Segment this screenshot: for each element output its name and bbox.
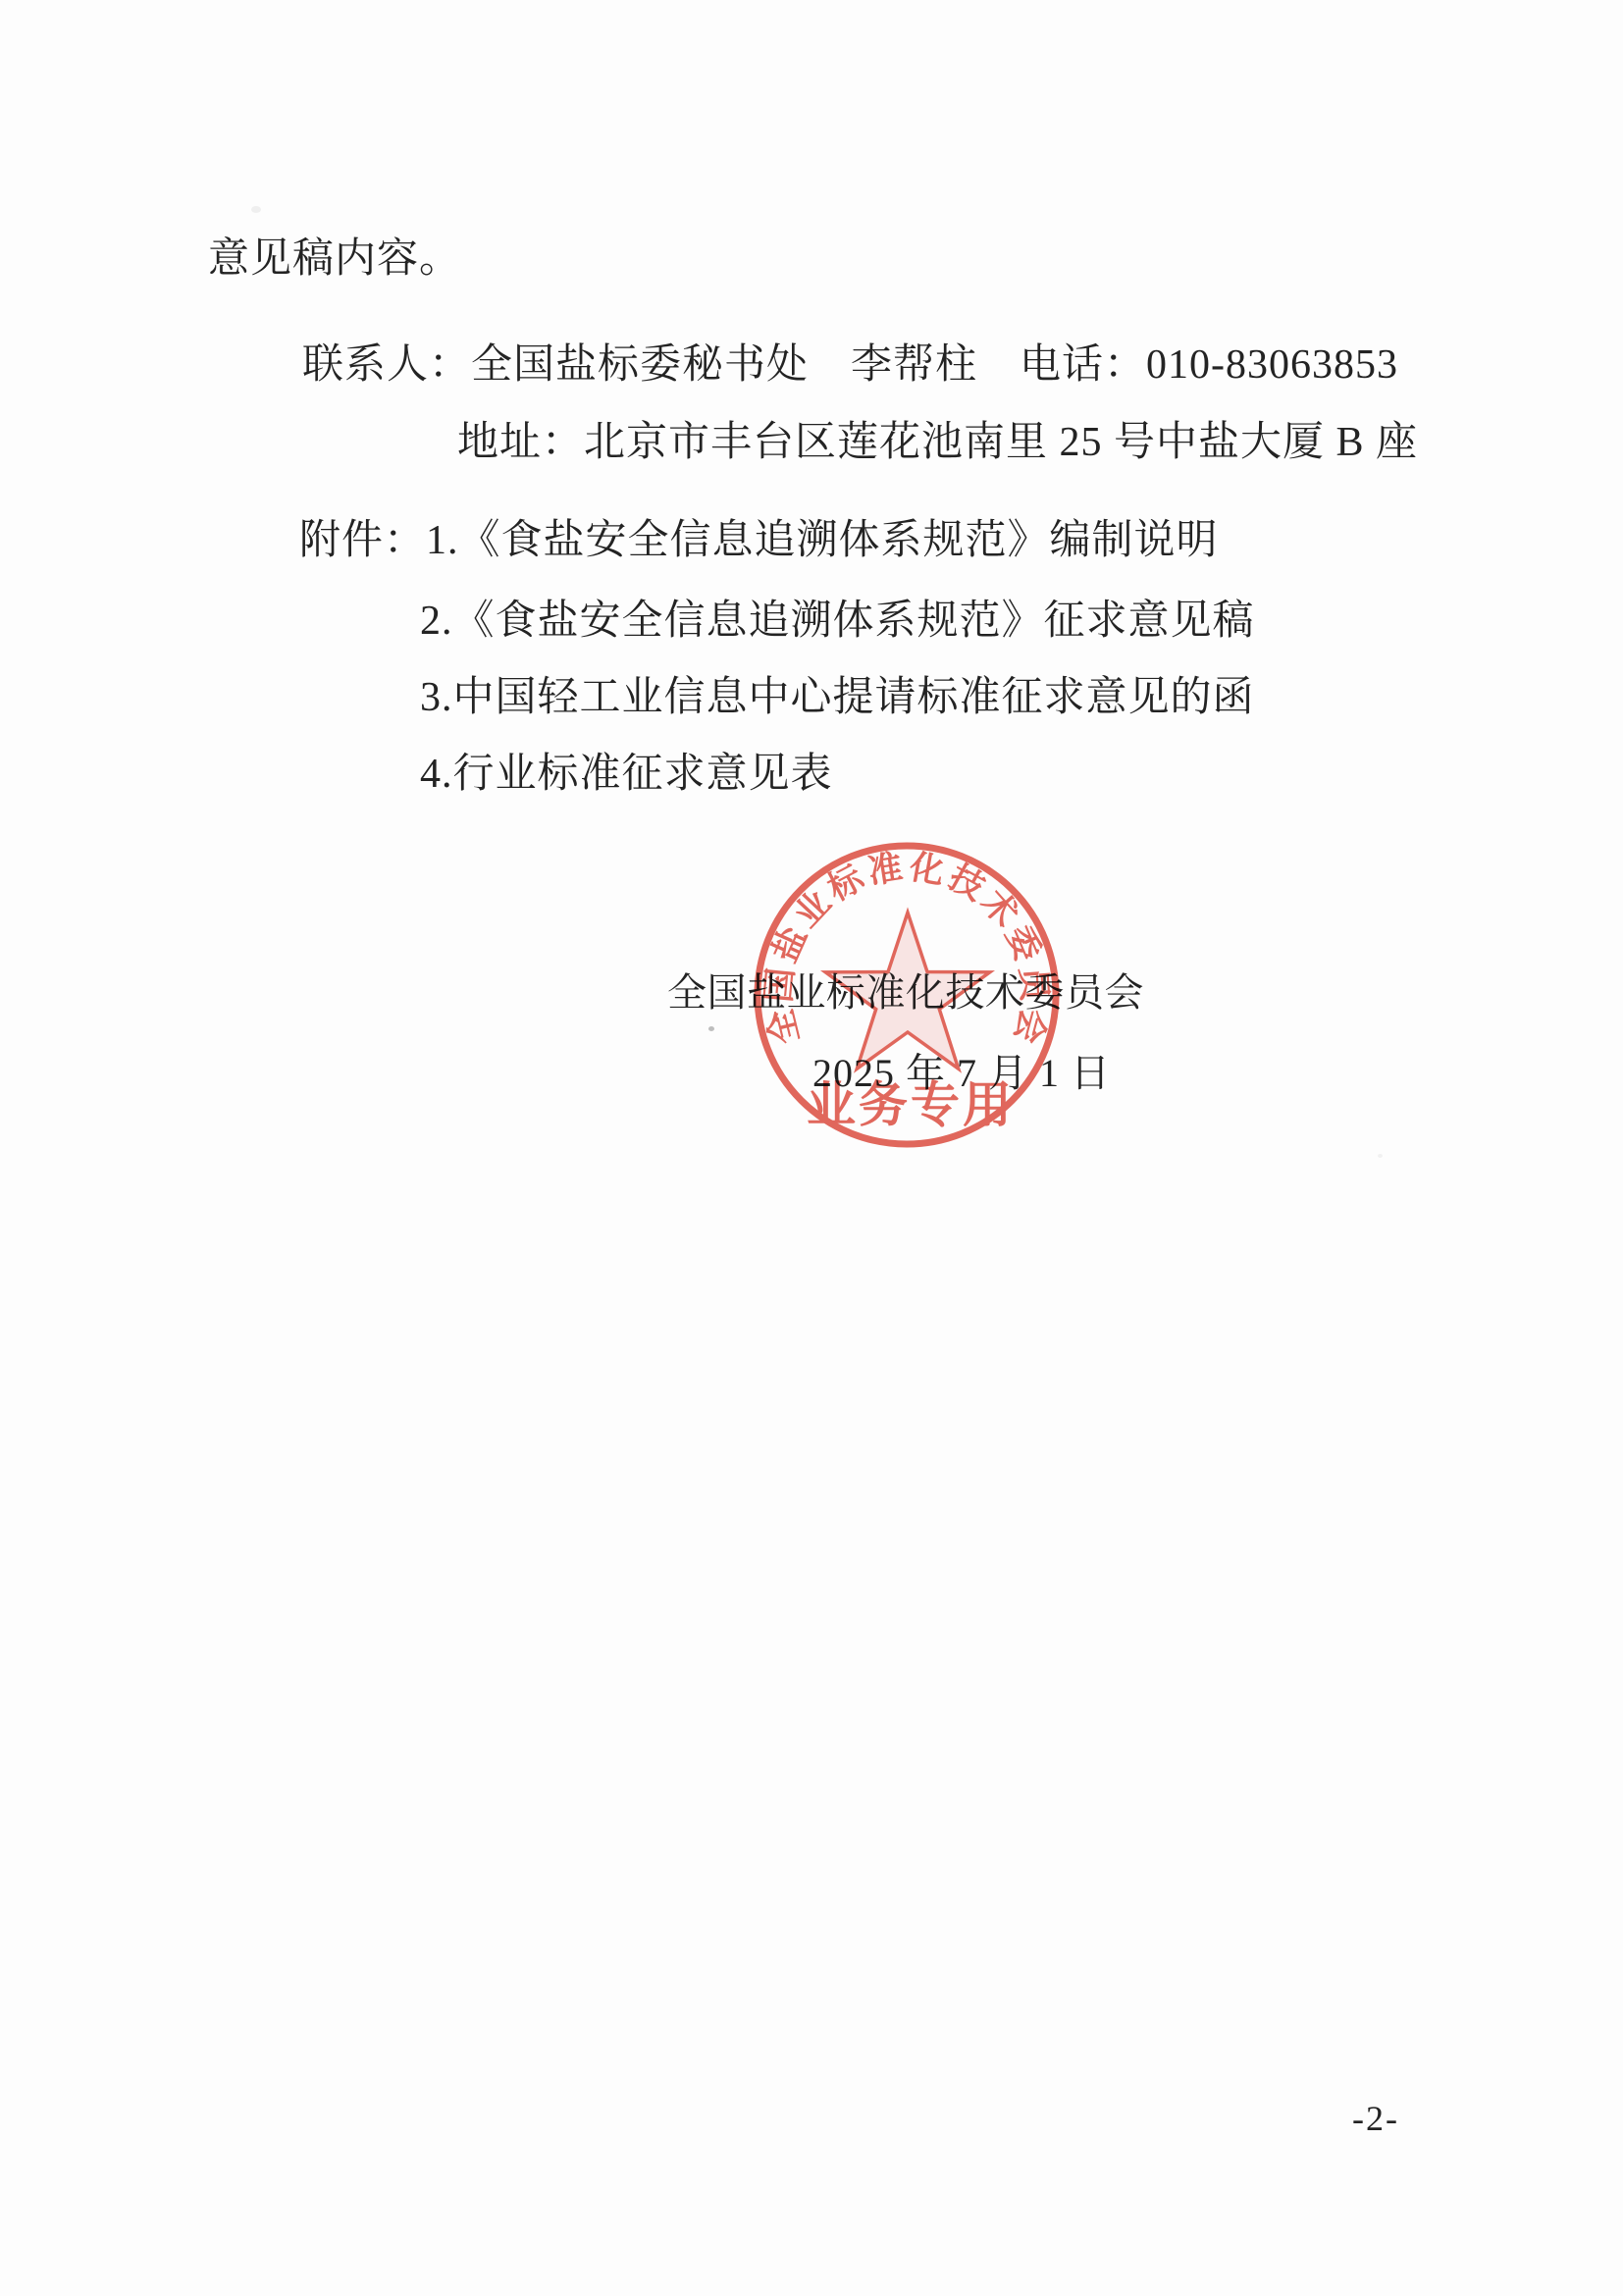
attachment-item-4: 4.行业标准征求意见表: [420, 754, 833, 795]
paragraph-tail-text: 意见稿内容。: [208, 238, 461, 280]
attachment-item-2: 2.《食盐安全信息追溯体系规范》征求意见稿: [420, 600, 1255, 642]
address-line: 地址：北京市丰台区莲花池南里 25 号中盐大厦 B 座: [457, 422, 1418, 463]
scan-speck: [708, 1026, 714, 1031]
attachments-label: 附件：: [299, 518, 426, 563]
contact-line: 联系人：全国盐标委秘书处 李帮柱 电话：010-83063853: [302, 344, 1398, 386]
seal-bottom-text: 业务专用: [807, 1077, 1015, 1132]
scan-speck: [251, 206, 261, 213]
official-seal-stamp: 全国盐业标准化技术委员会 业务专用: [744, 827, 1073, 1173]
attachments-row-1: 附件：1.《食盐安全信息追溯体系规范》编制说明: [299, 520, 1219, 561]
attachment-item-3: 3.中国轻工业信息中心提请标准征求意见的函: [420, 677, 1255, 718]
page-number: -2-: [1352, 2101, 1399, 2136]
scan-speck: [1378, 1154, 1383, 1158]
document-page: 意见稿内容。 联系人：全国盐标委秘书处 李帮柱 电话：010-83063853 …: [0, 0, 1623, 2296]
attachment-item-1: 1.《食盐安全信息追溯体系规范》编制说明: [426, 518, 1219, 563]
seal-star-icon: [825, 913, 989, 1069]
